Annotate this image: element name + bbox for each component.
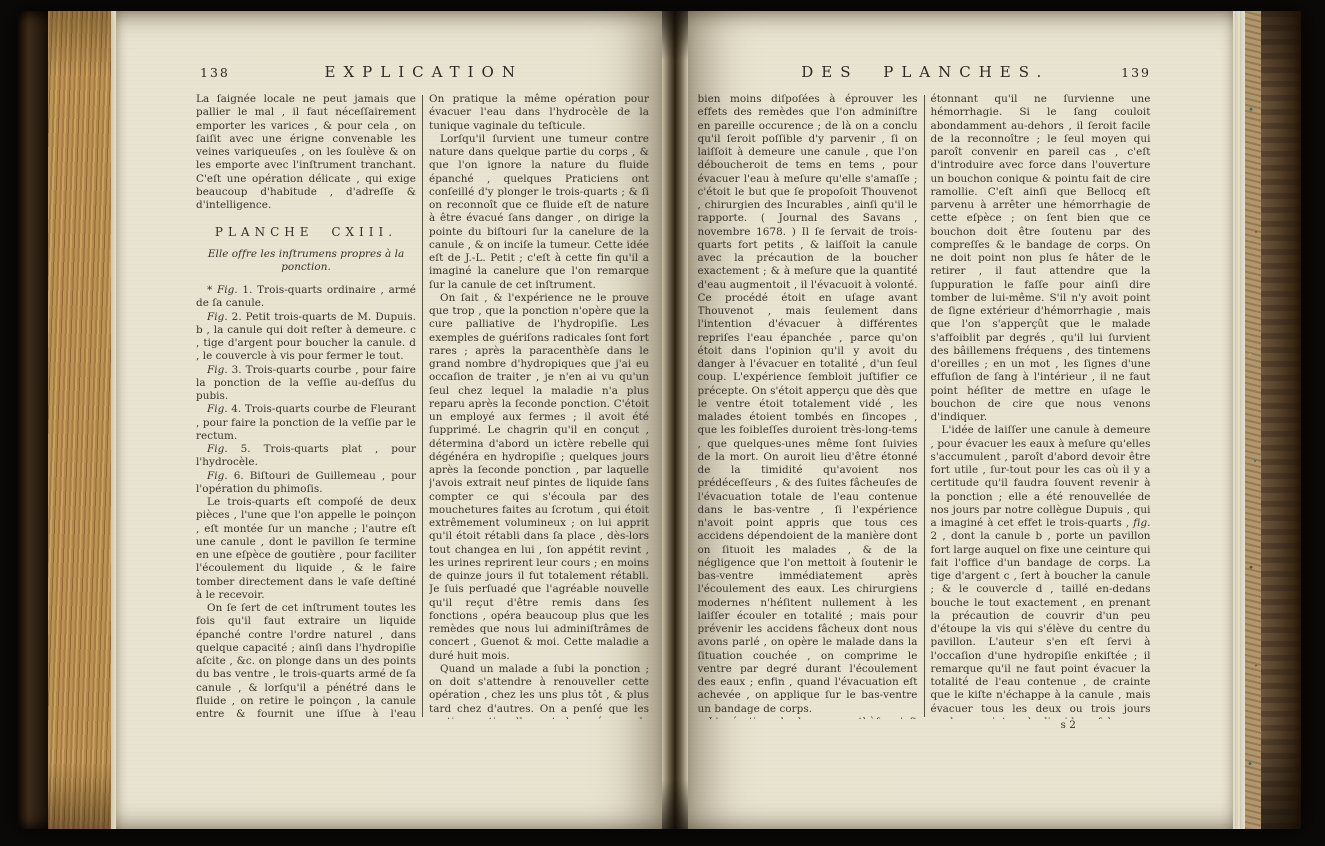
open-book: 138 EXPLICATION La ſaignée locale ne peu… xyxy=(18,11,1301,829)
page-fore-edge xyxy=(48,11,116,829)
page-number-right: 139 xyxy=(1121,65,1151,80)
left-cover-board xyxy=(18,11,48,829)
text-block-p: Quand un malade a ſubi la ponction ; on … xyxy=(429,663,649,719)
text-block-cont: bien moins diſpoſées à éprouver les effe… xyxy=(698,93,918,716)
text-block-p: On ſait , & l'expérience ne le prouve qu… xyxy=(429,292,649,663)
text-block-heading: PLANCHE CXIII. xyxy=(196,226,416,239)
text-block-p: On ſe ſert de cet inſtrument toutes les … xyxy=(196,602,416,719)
text-block-p: Lorſqu'il ſurvient une tumeur contre nat… xyxy=(429,133,649,292)
text-column: étonnant qu'il ne ſurvienne une hémorrha… xyxy=(931,93,1151,719)
photo-stage: 138 EXPLICATION La ſaignée locale ne peu… xyxy=(0,0,1325,846)
text-column: On pratique la même opération pour évacu… xyxy=(429,93,649,719)
running-title-left: EXPLICATION xyxy=(196,63,652,81)
page-number-left: 138 xyxy=(200,65,230,80)
text-block-p: Le trois-quarts eſt compoſé de deux pièc… xyxy=(196,496,416,602)
text-block-p: Fig. 4. Trois-quarts courbe de Fleurant … xyxy=(196,403,416,443)
page-left: 138 EXPLICATION La ſaignée locale ne peu… xyxy=(116,11,662,829)
text-block-subheading: Elle offre les inſtrumens propres à la p… xyxy=(200,248,412,275)
text-block-p: Fig. 3. Trois-quarts courbe , pour faire… xyxy=(196,364,416,404)
text-column: La ſaignée locale ne peut jamais que pal… xyxy=(196,93,416,719)
marbled-endpaper xyxy=(1245,11,1261,829)
book-gutter xyxy=(662,11,688,829)
signature-spacer xyxy=(698,719,931,731)
signature-mark: s 2 xyxy=(931,719,1151,731)
text-block-cont: étonnant qu'il ne ſurvienne une hémorrha… xyxy=(931,93,1151,424)
page-left-header: 138 EXPLICATION xyxy=(196,63,652,87)
column-rule xyxy=(422,95,423,717)
text-block-p: Fig. 5. Trois-quarts plat , pour l'hydro… xyxy=(196,443,416,470)
right-cover-leather xyxy=(1261,11,1301,829)
text-column: bien moins diſpoſées à éprouver les effe… xyxy=(698,93,918,719)
page-right-content: DES PLANCHES. 139 bien moins diſpoſées à… xyxy=(688,11,1234,829)
text-block-p: * Fig. 1. Trois-quarts ordinaire , armé … xyxy=(196,284,416,311)
signature-row: s 2 xyxy=(698,719,1154,731)
page-right: DES PLANCHES. 139 bien moins diſpoſées à… xyxy=(688,11,1234,829)
running-title-right: DES PLANCHES. xyxy=(698,63,1154,81)
text-block-cont: On pratique la même opération pour évacu… xyxy=(429,93,649,133)
right-page-block-edge xyxy=(1233,11,1245,829)
text-block-cont: La ſaignée locale ne peut jamais que pal… xyxy=(196,93,416,212)
page-left-columns: La ſaignée locale ne peut jamais que pal… xyxy=(196,93,652,719)
page-left-content: 138 EXPLICATION La ſaignée locale ne peu… xyxy=(116,11,662,829)
text-block-p: Fig. 6. Biſtouri de Guillemeau , pour l'… xyxy=(196,470,416,497)
text-block-p: Fig. 2. Petit trois-quarts de M. Dupuis.… xyxy=(196,311,416,364)
page-right-header: DES PLANCHES. 139 xyxy=(698,63,1154,87)
text-block-p: L'idée de laiſſer une canule à demeure ,… xyxy=(931,424,1151,719)
page-right-columns: bien moins diſpoſées à éprouver les effe… xyxy=(698,93,1154,719)
column-rule xyxy=(924,95,925,717)
